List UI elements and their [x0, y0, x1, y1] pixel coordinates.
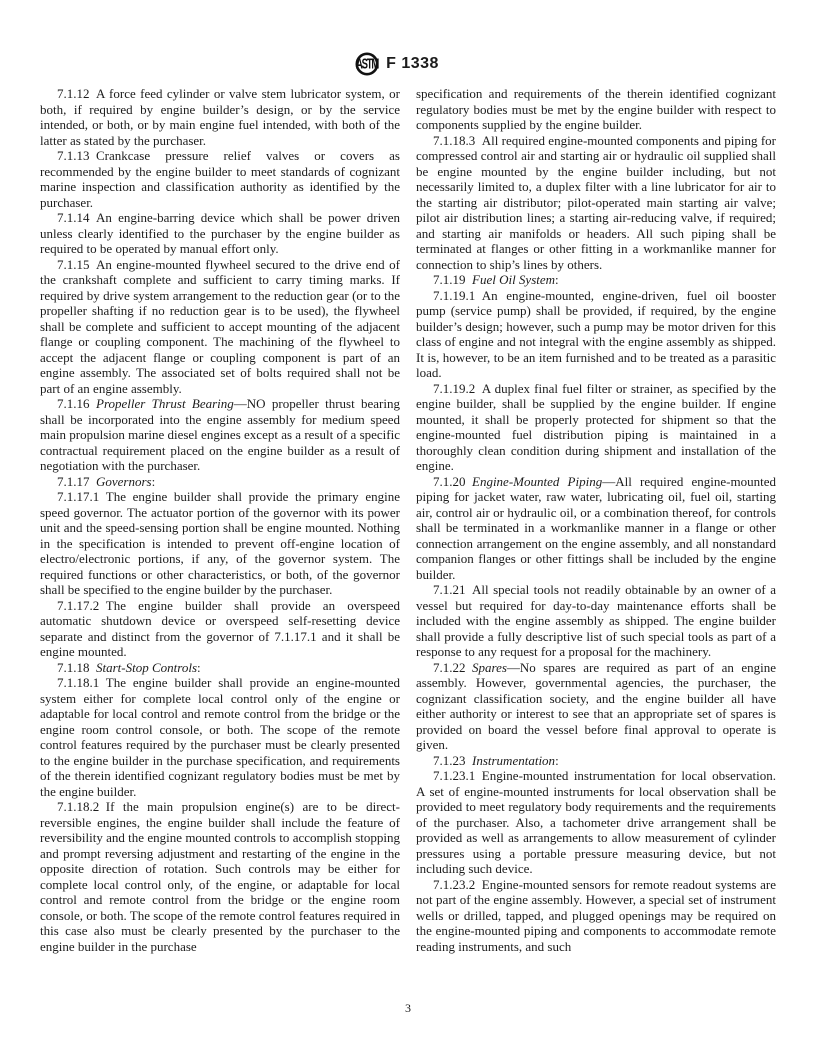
text-run: 7.1.23.1 Engine-mounted instrumentation …: [416, 768, 776, 876]
text-run: 7.1.14 An engine-barring device which sh…: [40, 210, 400, 256]
paragraph: 7.1.23.1 Engine-mounted instrumentation …: [416, 768, 776, 877]
text-run: 7.1.18.1 The engine builder shall provid…: [40, 675, 400, 799]
paragraph: 7.1.21 All special tools not readily obt…: [416, 582, 776, 660]
paragraph: 7.1.18.1 The engine builder shall provid…: [40, 675, 400, 799]
italic-term: Spares: [472, 660, 507, 675]
paragraph: 7.1.17 Governors:: [40, 474, 400, 490]
paragraph: specification and requirements of the th…: [416, 86, 776, 133]
text-run: 7.1.19.2 A duplex final fuel filter or s…: [416, 381, 776, 474]
page-number: 3: [0, 1001, 816, 1016]
paragraph: 7.1.14 An engine-barring device which sh…: [40, 210, 400, 257]
text-run: 7.1.17: [57, 474, 96, 489]
italic-term: Start-Stop Controls: [96, 660, 197, 675]
text-run: specification and requirements of the th…: [416, 86, 776, 132]
text-run: 7.1.12 A force feed cylinder or valve st…: [40, 86, 400, 148]
left-column: 7.1.12 A force feed cylinder or valve st…: [40, 86, 400, 954]
paragraph: 7.1.22 Spares—No spares are required as …: [416, 660, 776, 753]
text-run: :: [152, 474, 156, 489]
text-run: —All required engine-mounted piping for …: [416, 474, 776, 582]
document-page: ASTM F 1338 7.1.12 A force feed cylinder…: [0, 0, 816, 1056]
paragraph: 7.1.16 Propeller Thrust Bearing—NO prope…: [40, 396, 400, 474]
document-body: 7.1.12 A force feed cylinder or valve st…: [40, 86, 776, 954]
text-run: 7.1.22: [433, 660, 472, 675]
designation-number: F 1338: [386, 55, 439, 73]
paragraph: 7.1.18.3 All required engine-mounted com…: [416, 133, 776, 273]
text-run: 7.1.19: [433, 272, 472, 287]
paragraph: 7.1.20 Engine-Mounted Piping—All require…: [416, 474, 776, 583]
paragraph: 7.1.17.1 The engine builder shall provid…: [40, 489, 400, 598]
document-header: ASTM F 1338: [0, 50, 794, 78]
text-run: 7.1.15 An engine-mounted flywheel secure…: [40, 257, 400, 396]
paragraph: 7.1.18.2 If the main propulsion engine(s…: [40, 799, 400, 954]
right-column: specification and requirements of the th…: [416, 86, 776, 954]
text-run: :: [555, 272, 559, 287]
text-run: :: [555, 753, 559, 768]
italic-term: Fuel Oil System: [472, 272, 555, 287]
paragraph: 7.1.19.1 An engine-mounted, engine-drive…: [416, 288, 776, 381]
italic-term: Governors: [96, 474, 152, 489]
paragraph: 7.1.15 An engine-mounted flywheel secure…: [40, 257, 400, 397]
astm-logo-icon: ASTM: [355, 52, 379, 76]
paragraph: 7.1.23 Instrumentation:: [416, 753, 776, 769]
text-run: 7.1.21 All special tools not readily obt…: [416, 582, 776, 659]
text-run: 7.1.23.2 Engine-mounted sensors for remo…: [416, 877, 776, 954]
paragraph: 7.1.23.2 Engine-mounted sensors for remo…: [416, 877, 776, 955]
text-run: 7.1.18.2 If the main propulsion engine(s…: [40, 799, 400, 954]
paragraph: 7.1.18 Start-Stop Controls:: [40, 660, 400, 676]
text-run: 7.1.19.1 An engine-mounted, engine-drive…: [416, 288, 776, 381]
italic-term: Instrumentation: [472, 753, 555, 768]
paragraph: 7.1.12 A force feed cylinder or valve st…: [40, 86, 400, 148]
text-run: 7.1.20: [433, 474, 472, 489]
text-run: 7.1.18.3 All required engine-mounted com…: [416, 133, 776, 272]
paragraph: 7.1.19.2 A duplex final fuel filter or s…: [416, 381, 776, 474]
text-run: 7.1.18: [57, 660, 96, 675]
text-run: 7.1.23: [433, 753, 472, 768]
text-run: 7.1.16: [57, 396, 96, 411]
text-run: 7.1.17.2 The engine builder shall provid…: [40, 598, 400, 660]
paragraph: 7.1.17.2 The engine builder shall provid…: [40, 598, 400, 660]
text-run: 7.1.17.1 The engine builder shall provid…: [40, 489, 400, 597]
italic-term: Engine-Mounted Piping: [472, 474, 602, 489]
italic-term: Propeller Thrust Bearing: [96, 396, 234, 411]
paragraph: 7.1.13 Crankcase pressure relief valves …: [40, 148, 400, 210]
paragraph: 7.1.19 Fuel Oil System:: [416, 272, 776, 288]
text-run: 7.1.13 Crankcase pressure relief valves …: [40, 148, 400, 210]
svg-text:ASTM: ASTM: [356, 56, 379, 73]
text-run: :: [197, 660, 201, 675]
